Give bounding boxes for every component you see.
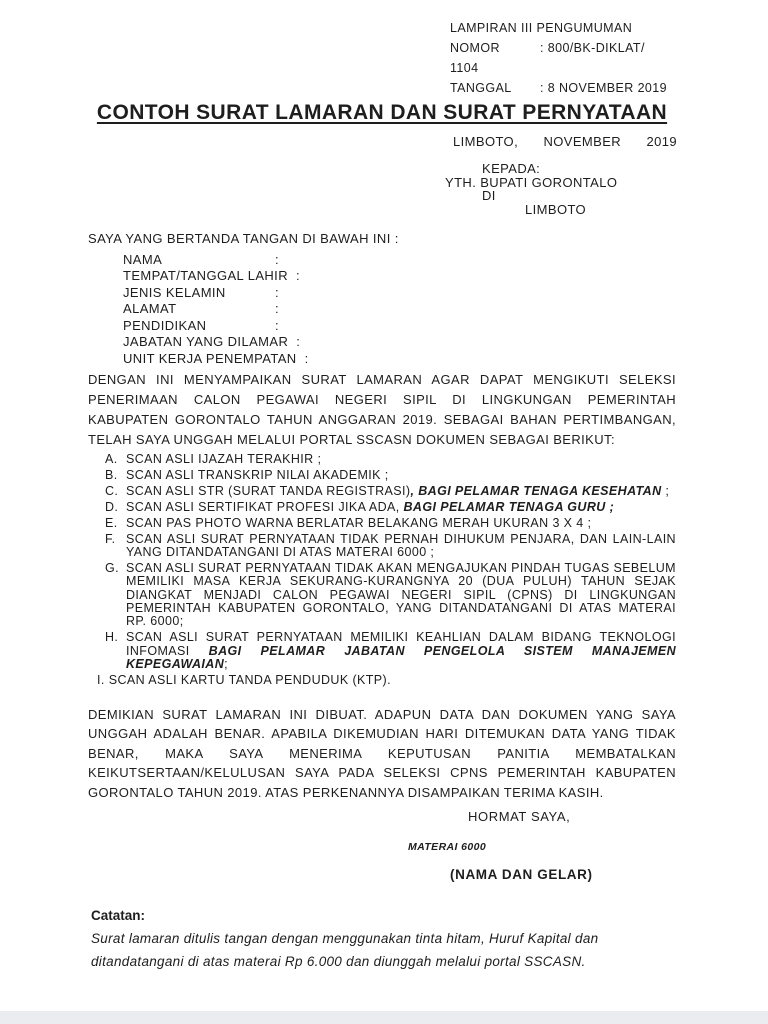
- dateline-city: LIMBOTO,: [453, 134, 518, 149]
- field-colon: :: [275, 252, 279, 267]
- catatan-label: Catatan:: [91, 908, 676, 923]
- item-letter: G.: [105, 562, 126, 575]
- field-label: ALAMAT: [123, 301, 267, 318]
- form-fields: NAMA: TEMPAT/TANGGAL LAHIR: JENIS KELAMI…: [123, 252, 676, 368]
- intro-paragraph: DENGAN INI MENYAMPAIKAN SURAT LAMARAN AG…: [88, 370, 676, 450]
- signature-name-placeholder: (NAMA DAN GELAR): [450, 867, 676, 882]
- item-text: SCAN ASLI SURAT PERNYATAAN TIDAK PERNAH …: [126, 532, 676, 559]
- checklist-item-f: F.SCAN ASLI SURAT PERNYATAAN TIDAK PERNA…: [105, 533, 676, 560]
- field-row-tempat-tanggal-lahir: TEMPAT/TANGGAL LAHIR:: [123, 268, 676, 285]
- item-text-bold: , BAGI PELAMAR TENAGA KESEHATAN: [410, 484, 661, 498]
- field-label: JENIS KELAMIN: [123, 285, 267, 302]
- field-row-jenis-kelamin: JENIS KELAMIN:: [123, 285, 676, 302]
- item-text: SCAN ASLI SURAT PERNYATAAN TIDAK AKAN ME…: [126, 561, 676, 629]
- field-colon: :: [275, 318, 279, 333]
- recipient-city: LIMBOTO: [525, 203, 676, 216]
- viewer-footer-bar: [0, 1011, 768, 1024]
- field-label: NAMA: [123, 252, 267, 269]
- recipient-kepada: KEPADA:: [482, 162, 676, 175]
- item-letter: H.: [105, 631, 126, 644]
- field-row-pendidikan: PENDIDIKAN:: [123, 318, 676, 335]
- field-row-unit-kerja: UNIT KERJA PENEMPATAN:: [123, 351, 676, 368]
- item-letter: C.: [105, 485, 126, 498]
- item-letter: F.: [105, 533, 126, 546]
- signature-salutation: HORMAT SAYA,: [468, 809, 676, 824]
- field-row-jabatan: JABATAN YANG DILAMAR:: [123, 334, 676, 351]
- recipient-name: YTH. BUPATI GORONTALO: [445, 176, 676, 189]
- checklist-item-i: I.SCAN ASLI KARTU TANDA PENDUDUK (KTP).: [97, 674, 676, 687]
- checklist-item-h: H.SCAN ASLI SURAT PERNYATAAN MEMILIKI KE…: [105, 631, 676, 671]
- attachment-header: LAMPIRAN III PENGUMUMAN NOMOR: 800/BK-DI…: [450, 18, 676, 98]
- item-text: SCAN ASLI STR (SURAT TANDA REGISTRASI): [126, 484, 410, 498]
- tanggal-value: : 8 NOVEMBER 2019: [540, 81, 667, 95]
- catatan-text: Surat lamaran ditulis tangan dengan meng…: [91, 928, 651, 973]
- document-checklist: A.SCAN ASLI IJAZAH TERAKHIR ; B.SCAN ASL…: [105, 453, 676, 688]
- field-label: TEMPAT/TANGGAL LAHIR: [123, 268, 288, 285]
- checklist-item-a: A.SCAN ASLI IJAZAH TERAKHIR ;: [105, 453, 676, 466]
- field-label: PENDIDIKAN: [123, 318, 267, 335]
- item-text-tail: ;: [662, 484, 670, 498]
- dateline-year: 2019: [646, 134, 677, 149]
- item-letter: E.: [105, 517, 126, 530]
- field-label: UNIT KERJA PENEMPATAN: [123, 351, 297, 368]
- item-text: SCAN ASLI SERTIFIKAT PROFESI JIKA ADA,: [126, 500, 404, 514]
- opening-line: SAYA YANG BERTANDA TANGAN DI BAWAH INI :: [88, 231, 676, 246]
- dateline-month: NOVEMBER: [543, 134, 621, 149]
- nomor-row: NOMOR: 800/BK-DIKLAT/ 1104: [450, 38, 676, 78]
- nomor-label: NOMOR: [450, 38, 540, 58]
- tanggal-row: TANGGAL: 8 NOVEMBER 2019: [450, 78, 676, 98]
- item-letter: I.: [97, 674, 105, 687]
- letter-page: LAMPIRAN III PENGUMUMAN NOMOR: 800/BK-DI…: [0, 0, 768, 1024]
- recipient-di: DI: [482, 189, 676, 202]
- item-text-tail: ;: [224, 657, 228, 671]
- item-letter: B.: [105, 469, 126, 482]
- item-text: SCAN ASLI IJAZAH TERAKHIR ;: [126, 452, 321, 466]
- checklist-item-e: E.SCAN PAS PHOTO WARNA BERLATAR BELAKANG…: [105, 517, 676, 530]
- field-colon: :: [275, 301, 279, 316]
- field-colon: :: [296, 268, 300, 283]
- closing-paragraph: DEMIKIAN SURAT LAMARAN INI DIBUAT. ADAPU…: [88, 705, 676, 803]
- document-title: CONTOH SURAT LAMARAN DAN SURAT PERNYATAA…: [88, 101, 676, 125]
- field-label: JABATAN YANG DILAMAR: [123, 334, 288, 351]
- item-letter: D.: [105, 501, 126, 514]
- item-text-bold: BAGI PELAMAR TENAGA GURU ;: [404, 500, 615, 514]
- lampiran-line: LAMPIRAN III PENGUMUMAN: [450, 18, 676, 38]
- field-colon: :: [275, 285, 279, 300]
- item-text: SCAN ASLI TRANSKRIP NILAI AKADEMIK ;: [126, 468, 389, 482]
- tanggal-label: TANGGAL: [450, 78, 540, 98]
- field-colon: :: [305, 351, 309, 366]
- checklist-item-c: C.SCAN ASLI STR (SURAT TANDA REGISTRASI)…: [105, 485, 676, 498]
- item-letter: A.: [105, 453, 126, 466]
- item-text: SCAN ASLI KARTU TANDA PENDUDUK (KTP).: [109, 673, 391, 687]
- item-text-bold: BAGI PELAMAR JABATAN PENGELOLA SISTEM MA…: [126, 644, 676, 671]
- checklist-item-b: B.SCAN ASLI TRANSKRIP NILAI AKADEMIK ;: [105, 469, 676, 482]
- dateline: LIMBOTO, NOVEMBER 2019: [453, 134, 677, 149]
- field-row-alamat: ALAMAT:: [123, 301, 676, 318]
- item-text: SCAN PAS PHOTO WARNA BERLATAR BELAKANG M…: [126, 516, 591, 530]
- materai-note: MATERAI 6000: [408, 841, 676, 853]
- recipient-block: KEPADA: YTH. BUPATI GORONTALO DI LIMBOTO: [445, 162, 676, 216]
- field-colon: :: [296, 334, 300, 349]
- field-row-nama: NAMA:: [123, 252, 676, 269]
- checklist-item-d: D.SCAN ASLI SERTIFIKAT PROFESI JIKA ADA,…: [105, 501, 676, 514]
- checklist-item-g: G.SCAN ASLI SURAT PERNYATAAN TIDAK AKAN …: [105, 562, 676, 629]
